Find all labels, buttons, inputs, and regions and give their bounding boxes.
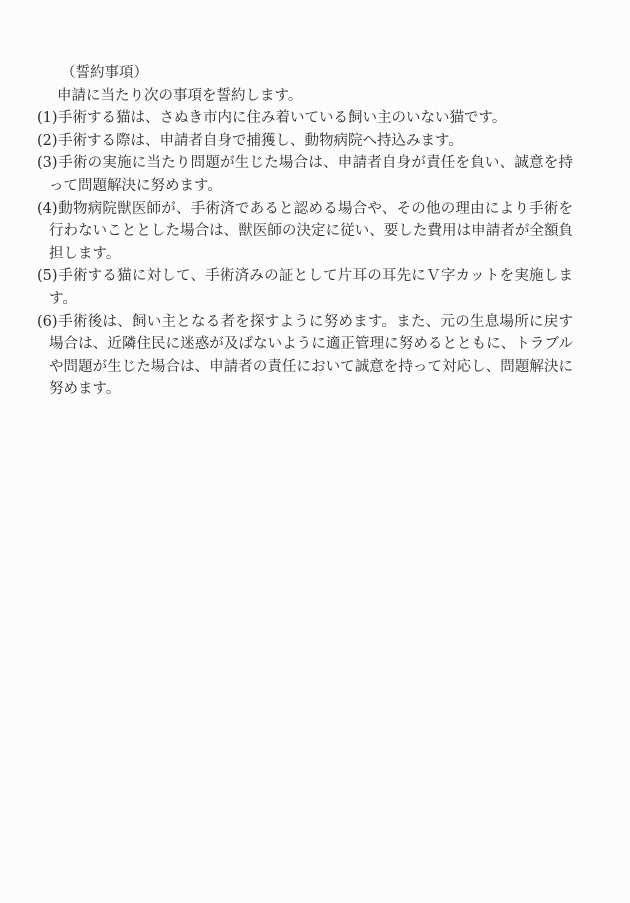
item-text: 行わないこととした場合は、獣医師の決定に従い、要した費用は申請者が全額負 [49, 223, 573, 239]
pledge-item-line: (5)手術する猫に対して、手術済みの証として片耳の耳先にＶ字カットを実施しま [37, 265, 573, 288]
document-page: （誓約事項） 申請に当たり次の事項を誓約します。 (1)手術する猫は、さぬき市内… [0, 0, 630, 903]
item-text: 担します。 [49, 246, 120, 262]
pledge-item-4: (4)動物病院獣医師が、手術済であると認める場合や、その他の理由により手術を 行… [0, 198, 630, 266]
pledge-item-3: (3)手術の実施に当たり問題が生じた場合は、申請者自身が責任を負い、誠意を持 っ… [0, 152, 630, 197]
item-text: 手術する猫に対して、手術済みの証として片耳の耳先にＶ字カットを実施しま [58, 268, 573, 284]
pledge-item-1: (1)手術する猫は、さぬき市内に住み着いている飼い主のいない猫です。 [0, 107, 630, 130]
item-text: 手術する猫は、さぬき市内に住み着いている飼い主のいない猫です。 [58, 110, 506, 126]
pledge-item-line: (6)手術後は、飼い主となる者を探すように努めます。また、元の生息場所に戻す [37, 311, 573, 334]
pledge-item-line: (1)手術する猫は、さぬき市内に住み着いている飼い主のいない猫です。 [37, 107, 573, 130]
pledge-item-line: 場合は、近隣住民に迷惑が及ばないように適正管理に努めるとともに、トラブル [49, 333, 573, 356]
pledge-item-line: (2)手術する際は、申請者自身で捕獲し、動物病院へ持込みます。 [37, 130, 573, 153]
pledge-item-5: (5)手術する猫に対して、手術済みの証として片耳の耳先にＶ字カットを実施しま す… [0, 265, 630, 310]
pledge-intro: 申請に当たり次の事項を誓約します。 [57, 85, 630, 108]
pledge-item-line: 努めます。 [49, 378, 573, 401]
item-text: 手術後は、飼い主となる者を探すように努めます。また、元の生息場所に戻す [58, 314, 573, 330]
item-text: や問題が生じた場合は、申請者の責任において誠意を持って対応し、問題解決に [49, 359, 573, 375]
pledge-item-2: (2)手術する際は、申請者自身で捕獲し、動物病院へ持込みます。 [0, 130, 630, 153]
pledge-item-6: (6)手術後は、飼い主となる者を探すように努めます。また、元の生息場所に戻す 場… [0, 311, 630, 401]
pledge-item-line: 担します。 [49, 243, 573, 266]
pledge-item-line: (4)動物病院獣医師が、手術済であると認める場合や、その他の理由により手術を [37, 198, 573, 221]
item-number: (2) [37, 130, 58, 153]
pledge-item-line: (3)手術の実施に当たり問題が生じた場合は、申請者自身が責任を負い、誠意を持 [37, 152, 573, 175]
item-text: 動物病院獣医師が、手術済であると認める場合や、その他の理由により手術を [58, 201, 573, 217]
item-number: (5) [37, 265, 58, 288]
item-text: 努めます。 [49, 381, 120, 397]
section-title: （誓約事項） [61, 62, 630, 85]
item-number: (1) [37, 107, 58, 130]
item-text: って問題解決に努めます。 [49, 178, 222, 194]
item-text: 手術の実施に当たり問題が生じた場合は、申請者自身が責任を負い、誠意を持 [58, 155, 573, 171]
item-text: す。 [49, 291, 77, 307]
pledge-item-line: 行わないこととした場合は、獣医師の決定に従い、要した費用は申請者が全額負 [49, 220, 573, 243]
pledge-item-line: や問題が生じた場合は、申請者の責任において誠意を持って対応し、問題解決に [49, 356, 573, 379]
pledge-item-line: って問題解決に努めます。 [49, 175, 573, 198]
item-number: (6) [37, 311, 58, 334]
item-text: 場合は、近隣住民に迷惑が及ばないように適正管理に努めるとともに、トラブル [49, 336, 573, 352]
item-number: (4) [37, 198, 58, 221]
item-number: (3) [37, 152, 58, 175]
item-text: 手術する際は、申請者自身で捕獲し、動物病院へ持込みます。 [58, 133, 463, 149]
pledge-item-line: す。 [49, 288, 573, 311]
